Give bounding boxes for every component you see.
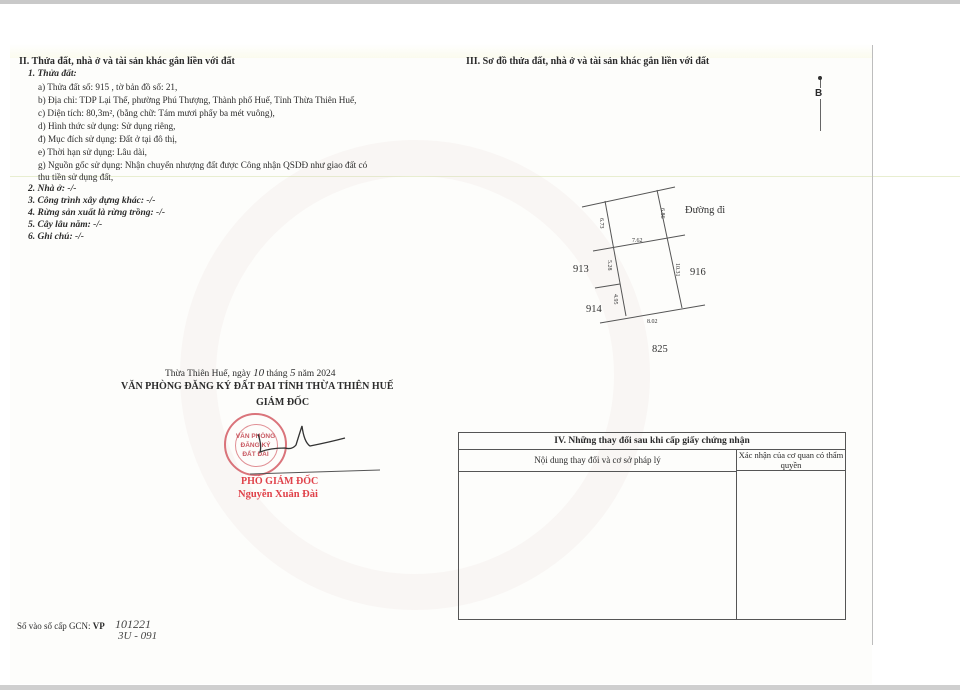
road-label: Đường đi	[685, 205, 725, 216]
issue-day: 10	[253, 367, 264, 379]
changes-col1-header: Nội dung thay đổi và cơ sở pháp lý	[459, 449, 736, 472]
land-item-address: b) Địa chỉ: TDP Lại Thế, phường Phú Thượ…	[38, 95, 356, 105]
dim-right: 10.31	[674, 263, 680, 277]
neighbor-825: 825	[652, 344, 668, 355]
land-item-origin: g) Nguồn gốc sử dụng: Nhận chuyển nhượng…	[38, 160, 367, 170]
notes-item: 6. Ghi chú: -/-	[28, 232, 84, 242]
dim-bottom: 8.02	[647, 319, 658, 325]
land-item-term: e) Thời hạn sử dụng: Lâu dài,	[38, 147, 147, 157]
dim-left-top: 6.73	[598, 218, 604, 229]
registry-handwritten-suffix: 3U - 091	[118, 630, 157, 642]
section-3-title: III. Sơ đồ thửa đất, nhà ở và tài sản kh…	[466, 56, 709, 67]
dim-right-top: 6.86	[659, 208, 665, 219]
parcel-diagram: Đường đi 913 914 916 825 7.62 8.02 6.73 …	[570, 180, 750, 360]
forest-item: 4. Rừng sản xuất là rừng trồng: -/-	[28, 208, 165, 218]
top-border	[0, 0, 960, 4]
dim-middle: 7.62	[632, 238, 643, 244]
issue-date: Thừa Thiên Huế, ngày 10 tháng 5 năm 2024	[165, 367, 336, 379]
section-2-title: II. Thửa đất, nhà ở và tài sản khác gắn …	[19, 56, 235, 67]
changes-column-confirmation: Xác nhận của cơ quan có thẩm quyền	[737, 449, 845, 619]
issuing-office: VĂN PHÒNG ĐĂNG KÝ ĐẤT ĐAI TỈNH THỪA THIÊ…	[121, 381, 394, 392]
perennial-tree-item: 5. Cây lâu năm: -/-	[28, 220, 102, 230]
signer-name: Nguyễn Xuân Đài	[238, 489, 318, 500]
page-edge	[872, 45, 873, 645]
registry-number: Số vào sổ cấp GCN: VP 101221 3U - 091	[17, 621, 105, 631]
issue-month: 5	[290, 367, 296, 379]
changes-table: IV. Những thay đổi sau khi cấp giấy chứn…	[458, 432, 846, 620]
land-item-origin-cont: thu tiền sử dụng đất,	[38, 172, 113, 182]
house-item: 2. Nhà ở: -/-	[28, 184, 76, 194]
land-item-purpose: đ) Mục đích sử dụng: Đất ở tại đô thị,	[38, 134, 177, 144]
north-label: B	[815, 88, 822, 99]
neighbor-916: 916	[690, 267, 706, 278]
land-item-parcel: a) Thửa đất số: 915 , tờ bản đồ số: 21,	[38, 82, 177, 92]
neighbor-913: 913	[573, 264, 589, 275]
changes-col2-header: Xác nhận của cơ quan có thẩm quyền	[737, 449, 845, 471]
neighbor-914: 914	[586, 304, 603, 315]
other-construction-item: 3. Công trình xây dựng khác: -/-	[28, 196, 155, 206]
land-item-usage-form: d) Hình thức sử dụng: Sử dụng riêng,	[38, 121, 175, 131]
bottom-border	[0, 685, 960, 690]
land-item-area: c) Diện tích: 80,3m², (bằng chữ: Tám mươ…	[38, 108, 275, 118]
dim-left-mid: 5.28	[606, 260, 612, 271]
director-title: GIÁM ĐỐC	[256, 397, 309, 408]
changes-table-title: IV. Những thay đổi sau khi cấp giấy chứn…	[459, 433, 845, 450]
north-arrow: B	[819, 76, 821, 131]
land-heading: 1. Thửa đất:	[28, 69, 77, 79]
deputy-director-title: PHÓ GIÁM ĐỐC	[241, 476, 318, 487]
changes-column-content: Nội dung thay đổi và cơ sở pháp lý	[459, 449, 737, 619]
dim-left-bottom: 4.95	[612, 294, 618, 305]
handwritten-signature	[230, 418, 380, 478]
